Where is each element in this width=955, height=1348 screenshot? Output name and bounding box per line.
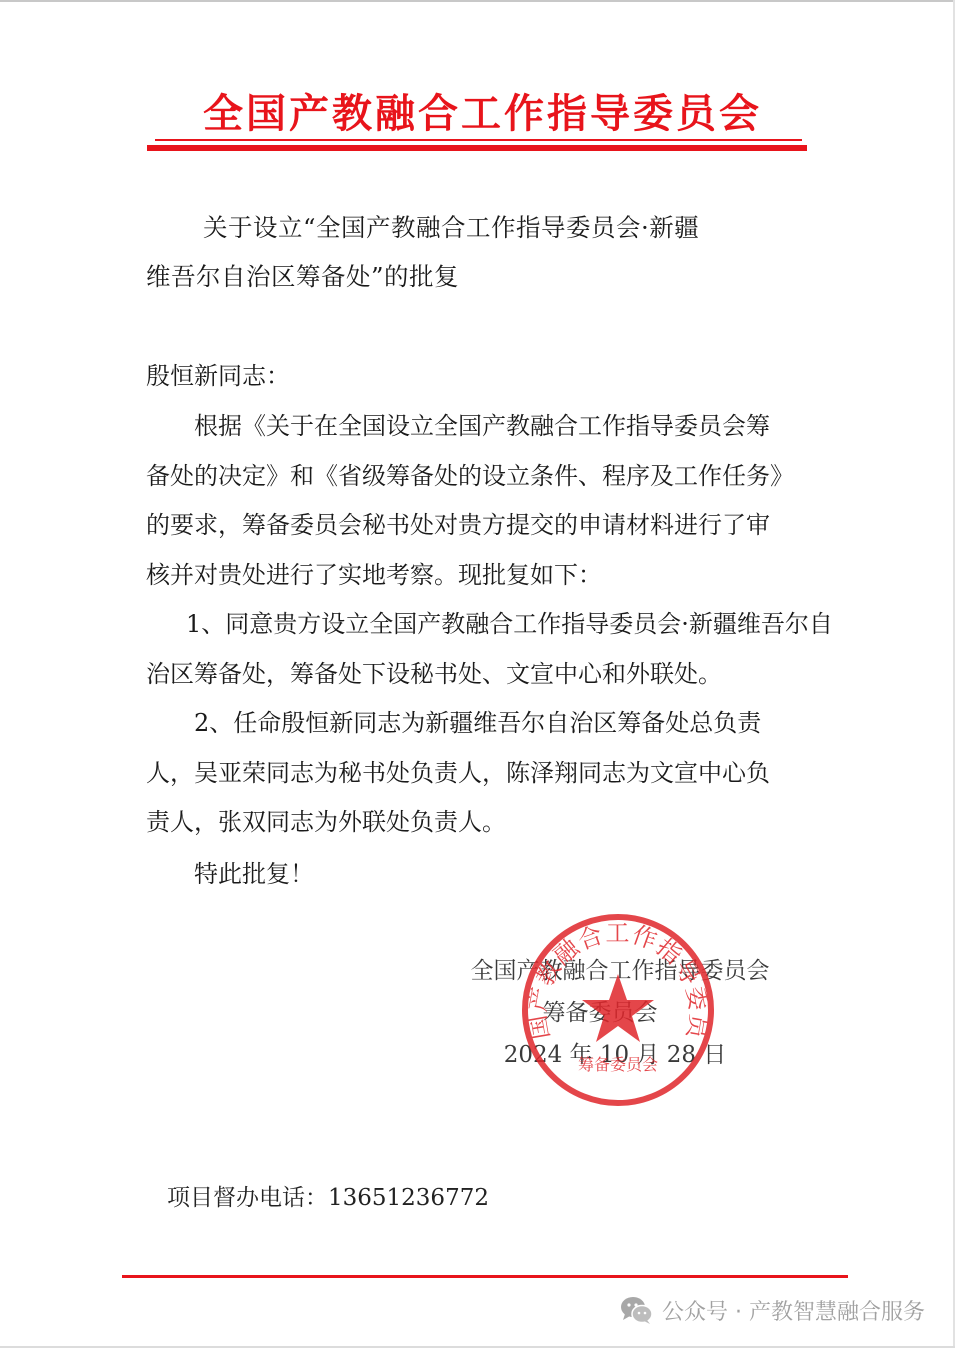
paragraph-line: 治区筹备处，筹备处下设秘书处、文宣中心和外联处。 (146, 650, 811, 700)
contact-phone: 项目督办电话：13651236772 (167, 1178, 489, 1218)
paragraph-line: 责人，张双同志为外联处负责人。 (146, 798, 811, 848)
document-title-line-1: 关于设立“全国产教融合工作指导委员会·新疆 (146, 203, 811, 252)
paragraph-line: 的要求，筹备委员会秘书处对贵方提交的申请材料进行了审 (146, 501, 811, 551)
paragraph-line: 备处的决定》和《省级筹备处的设立条件、程序及工作任务》 (146, 452, 811, 502)
seal-bottom-text: 筹备委员会 (578, 1055, 658, 1074)
wechat-icon (620, 1295, 654, 1325)
paragraph-line: 人，吴亚荣同志为秘书处负责人，陈泽翔同志为文宣中心负 (146, 749, 811, 799)
letterhead-rule-thick (147, 145, 807, 151)
page-border-top (0, 0, 955, 2)
closing-remark: 特此批复！ (194, 854, 314, 894)
salutation: 殷恒新同志： (146, 356, 290, 396)
paragraph-line: 根据《关于在全国设立全国产教融合工作指导委员会筹 (146, 402, 811, 452)
paragraph-basis: 根据《关于在全国设立全国产教融合工作指导委员会筹 备处的决定》和《省级筹备处的设… (146, 402, 811, 600)
item-1: 1、同意贵方设立全国产教融合工作指导委员会·新疆维吾尔自 治区筹备处，筹备处下设… (146, 600, 811, 699)
paragraph-line: 核并对贵处进行了实地考察。现批复如下： (146, 551, 811, 601)
document-body: 根据《关于在全国设立全国产教融合工作指导委员会筹 备处的决定》和《省级筹备处的设… (146, 402, 811, 848)
paragraph-line: 1、同意贵方设立全国产教融合工作指导委员会·新疆维吾尔自 (146, 600, 811, 650)
item-2: 2、任命殷恒新同志为新疆维吾尔自治区筹备处总负责 人，吴亚荣同志为秘书处负责人，… (146, 699, 811, 848)
footer-rule (122, 1275, 848, 1278)
official-seal-icon: 全国产教融合工作指导委员会 筹备委员会 (518, 912, 718, 1108)
letterhead-title: 全国产教融合工作指导委员会 (155, 88, 810, 140)
letterhead-rule-thin (155, 139, 802, 141)
document-title: 关于设立“全国产教融合工作指导委员会·新疆 维吾尔自治区筹备处”的批复 (146, 203, 811, 301)
document-title-line-2: 维吾尔自治区筹备处”的批复 (146, 252, 811, 301)
paragraph-line: 2、任命殷恒新同志为新疆维吾尔自治区筹备处总负责 (146, 699, 811, 749)
watermark: 公众号 · 产教智慧融合服务 (620, 1290, 925, 1330)
watermark-text: 公众号 · 产教智慧融合服务 (662, 1295, 925, 1326)
